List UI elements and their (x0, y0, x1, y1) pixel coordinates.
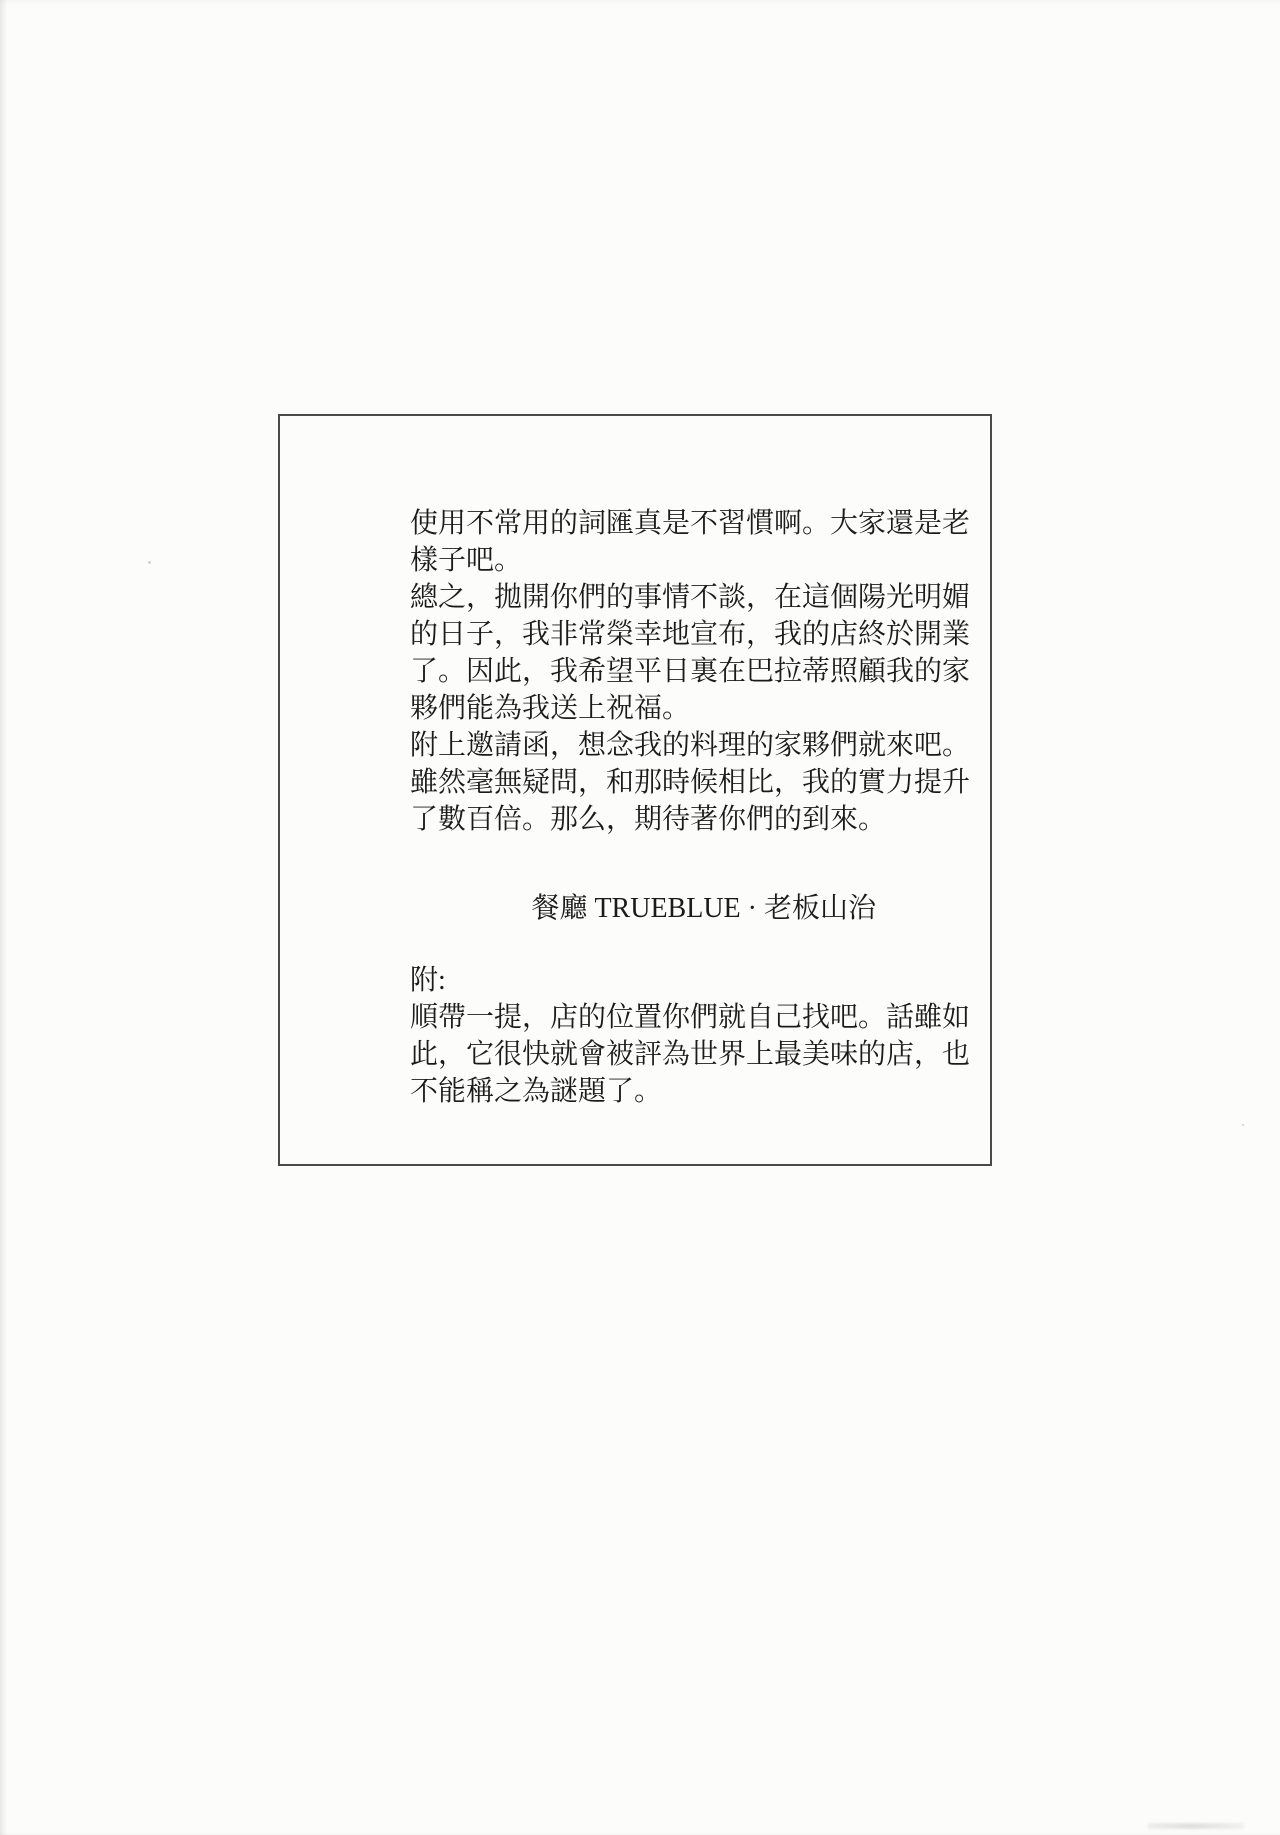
scan-speck (148, 561, 151, 564)
postscript-line: 不能稱之為謎題了。 (410, 1073, 976, 1110)
postscript-line: 順帶一提，店的位置你們就自己找吧。話雖如 (410, 999, 976, 1036)
letter-line: 使用不常用的詞匯真是不習慣啊。大家還是老 (410, 505, 976, 542)
letter-line: 了。因此，我希望平日裏在巴拉蒂照顧我的家 (410, 653, 976, 690)
letter-frame: 使用不常用的詞匯真是不習慣啊。大家還是老 樣子吧。 總之，拋開你們的事情不談，在… (278, 414, 992, 1166)
letter-line: 夥們能為我送上祝福。 (410, 690, 976, 727)
letter-line: 樣子吧。 (410, 542, 976, 579)
letter-line: 附上邀請函，想念我的料理的家夥們就來吧。 (410, 727, 976, 764)
scan-speck (1242, 1124, 1244, 1126)
letter-line: 總之，拋開你們的事情不談，在這個陽光明媚 (410, 579, 976, 616)
scanned-page: 使用不常用的詞匯真是不習慣啊。大家還是老 樣子吧。 總之，拋開你們的事情不談，在… (0, 0, 1280, 1835)
letter-body: 使用不常用的詞匯真是不習慣啊。大家還是老 樣子吧。 總之，拋開你們的事情不談，在… (410, 505, 976, 1110)
postscript-label: 附: (410, 962, 976, 999)
letter-line: 的日子，我非常榮幸地宣布，我的店終於開業 (410, 616, 976, 653)
letter-line: 了數百倍。那么，期待著你們的到來。 (410, 801, 976, 838)
letter-line: 雖然毫無疑問，和那時候相比，我的實力提升 (410, 764, 976, 801)
scan-smudge (1148, 1823, 1244, 1829)
postscript-line: 此，它很快就會被評為世界上最美味的店，也 (410, 1036, 976, 1073)
letter-signature: 餐廳 TRUEBLUE · 老板山治 (410, 890, 976, 927)
